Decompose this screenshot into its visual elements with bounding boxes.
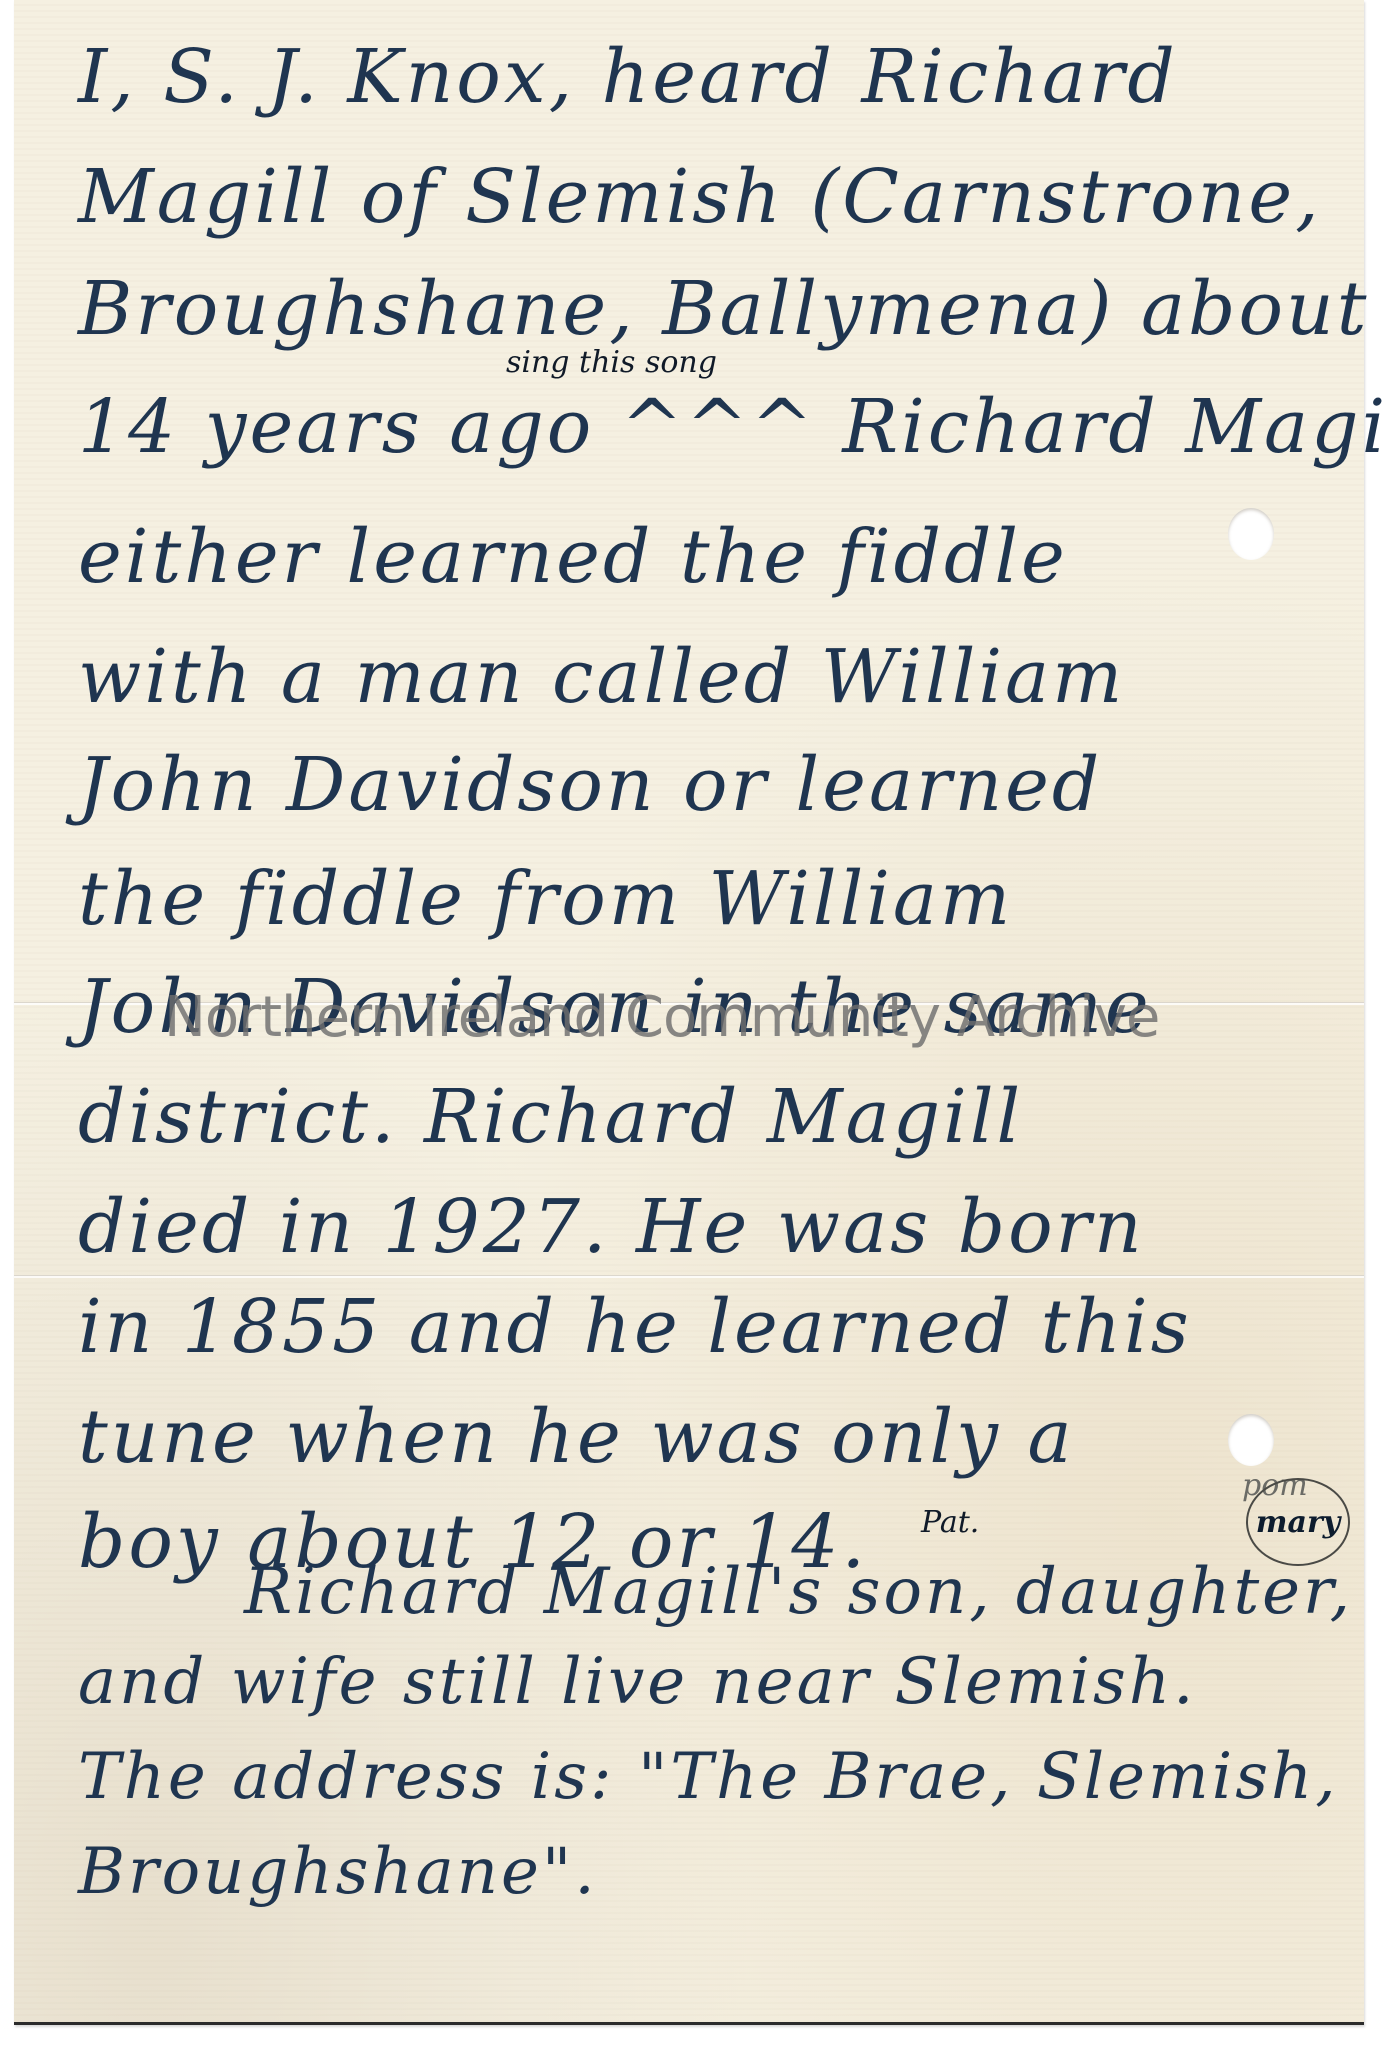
text-line-8: the fiddle from William xyxy=(78,862,1013,936)
text-line-13: tune when he was only a xyxy=(78,1400,1075,1474)
paper-fold-line-lower xyxy=(14,1275,1364,1278)
text-line-7: John Davidson or learned xyxy=(78,748,1102,822)
text-line-3: Broughshane, Ballymena) about xyxy=(78,272,1369,346)
text-line-4: 14 years ago ^^^ Richard Magill xyxy=(78,390,1391,464)
text-line-17: The address is: "The Brae, Slemish, xyxy=(78,1745,1339,1809)
text-line-1: I, S. J. Knox, heard Richard xyxy=(78,40,1178,114)
text-line-2: Magill of Slemish (Carnstrone, xyxy=(78,160,1322,234)
text-line-10: district. Richard Magill xyxy=(78,1080,1023,1154)
text-line-12: in 1855 and he learned this xyxy=(78,1290,1192,1364)
text-line-16: and wife still live near Slemish. xyxy=(78,1650,1196,1714)
insertion-pat: Pat. xyxy=(921,1505,979,1540)
letter-page: I, S. J. Knox, heard Richard Magill of S… xyxy=(14,0,1364,2025)
text-line-15: Richard Magill's son, daughter, xyxy=(244,1560,1353,1624)
punch-hole-top xyxy=(1228,508,1274,560)
text-line-5: either learned the fiddle xyxy=(78,520,1068,594)
text-line-11: died in 1927. He was born xyxy=(78,1190,1145,1264)
text-line-18: Broughshane". xyxy=(78,1840,598,1904)
punch-hole-bottom xyxy=(1228,1414,1274,1466)
archive-watermark: Northern Ireland Community Archive xyxy=(164,985,1159,1050)
insertion-sing-this-song: sing this song xyxy=(506,345,717,380)
text-line-6: with a man called William xyxy=(78,640,1125,714)
circled-annotation-mary: mary xyxy=(1246,1478,1350,1566)
